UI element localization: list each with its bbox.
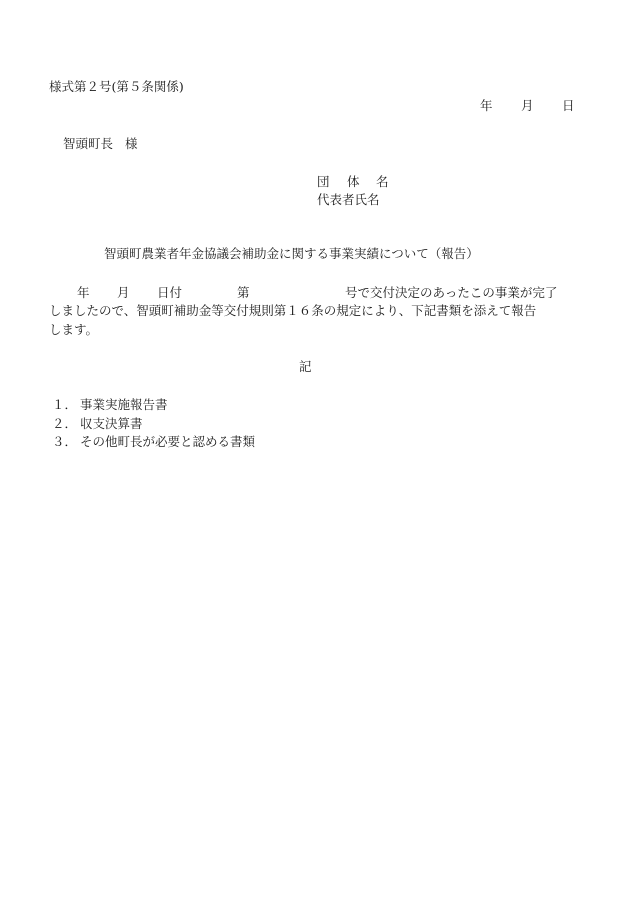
list-item-label: その他町長が必要と認める書類 [80, 434, 255, 449]
date-month-label: 月 [521, 100, 534, 113]
addressee-honorific: 様 [125, 136, 138, 151]
date-day-label: 日 [562, 100, 575, 113]
representative-name-label: 代表者氏名 [317, 194, 380, 207]
body-line1-text: 号で交付決定のあったこの事業が完了 [345, 287, 557, 300]
body-dated-label: 日付 [157, 287, 182, 300]
addressee-name: 智頭町長 [63, 136, 113, 151]
body-line3-text: します。 [49, 324, 98, 337]
document-title: 智頭町農業者年金協議会補助金に関する事業実績について（報告） [104, 248, 479, 261]
list-item: ３．その他町長が必要と認める書類 [52, 436, 255, 449]
addressee: 智頭町長様 [63, 138, 138, 151]
body-year-label: 年 [77, 287, 90, 300]
body-line2-text: しましたので、智頭町補助金等交付規則第１６条の規定により、下記書類を添えて報告 [49, 305, 536, 318]
list-item: １．事業実施報告書 [52, 399, 168, 412]
ki-heading: 記 [299, 361, 312, 374]
org-name-char: 名 [376, 176, 389, 189]
list-item-number: １． [52, 399, 80, 412]
org-name-char: 団 [317, 176, 347, 189]
body-month-label: 月 [117, 287, 130, 300]
body-number-prefix: 第 [237, 287, 250, 300]
list-item-label: 収支決算書 [80, 416, 143, 431]
organization-name-label: 団体名 [317, 176, 389, 189]
org-name-char: 体 [347, 176, 376, 189]
list-item-number: ３． [52, 436, 80, 449]
date-year-label: 年 [480, 100, 493, 113]
list-item-number: ２． [52, 418, 80, 431]
list-item: ２．収支決算書 [52, 418, 143, 431]
form-number: 様式第２号(第５条関係) [49, 81, 184, 94]
list-item-label: 事業実施報告書 [80, 397, 168, 412]
